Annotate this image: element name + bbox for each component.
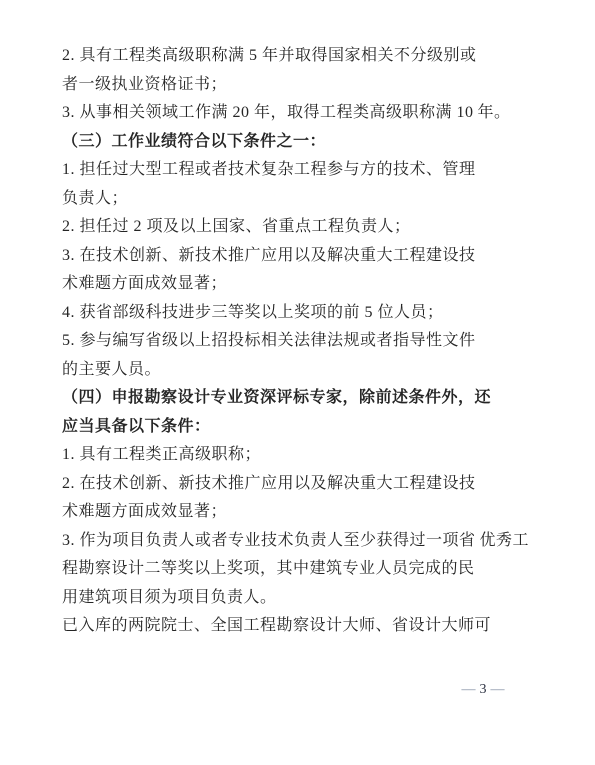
paragraph: 2. 具有工程类高级职称满 5 年并取得国家相关不分级别或 者一级执业资格证书；: [62, 42, 532, 99]
document-line: 2. 具有工程类高级职称满 5 年并取得国家相关不分级别或: [62, 47, 477, 64]
heading-line: 应当具备以下条件：: [62, 418, 211, 435]
paragraph: 3. 作为项目负责人或者专业技术负责人至少获得过一项省 优秀工程勘察设计二等奖以…: [62, 527, 532, 613]
paragraph: 已入库的两院院士、全国工程勘察设计大师、省设计大师可: [62, 612, 532, 641]
paragraph: 3. 在技术创新、新技术推广应用以及解决重大工程建设技 术难题方面成效显著；: [62, 242, 532, 299]
document-line: 术难题方面成效显著；: [62, 275, 227, 292]
document-line: 者一级执业资格证书；: [62, 76, 227, 93]
document-body: 2. 具有工程类高级职称满 5 年并取得国家相关不分级别或 者一级执业资格证书；…: [62, 42, 532, 641]
heading-line: （三）工作业绩符合以下条件之一：: [62, 133, 326, 150]
document-line: 2. 在技术创新、新技术推广应用以及解决重大工程建设技: [62, 475, 476, 492]
document-line: 1. 担任过大型工程或者技术复杂工程参与方的技术、管理: [62, 161, 476, 178]
paragraph: 4. 获省部级科技进步三等奖以上奖项的前 5 位人员；: [62, 299, 532, 328]
section-heading: （四）申报勘察设计专业资深评标专家，除前述条件外，还 应当具备以下条件：: [62, 384, 532, 441]
paragraph: 2. 担任过 2 项及以上国家、省重点工程负责人；: [62, 213, 532, 242]
paragraph: 1. 具有工程类正高级职称；: [62, 441, 532, 470]
document-line: 3. 作为项目负责人或者专业技术负责人至少获得过一项省: [62, 532, 476, 549]
document-line: 用建筑项目须为项目负责人。: [62, 589, 277, 606]
paragraph: 2. 在技术创新、新技术推广应用以及解决重大工程建设技 术难题方面成效显著；: [62, 470, 532, 527]
document-line: 年。: [478, 104, 511, 121]
page-number: —3—: [450, 681, 516, 699]
paragraph: 1. 担任过大型工程或者技术复杂工程参与方的技术、管理 负责人；: [62, 156, 532, 213]
document-line: 的主要人员。: [62, 361, 161, 378]
heading-line: （四）申报勘察设计专业资深评标专家，除前述条件外，还: [62, 389, 491, 406]
document-line: 2. 担任过 2 项及以上国家、省重点工程负责人；: [62, 218, 411, 235]
page-number-right-dash: —: [487, 682, 509, 697]
document-line: 3. 在技术创新、新技术推广应用以及解决重大工程建设技: [62, 247, 476, 264]
document-line: 术难题方面成效显著；: [62, 503, 227, 520]
page-number-value: 3: [480, 682, 487, 697]
document-line: 1. 具有工程类正高级职称；: [62, 446, 261, 463]
document-line: 4. 获省部级科技进步三等奖以上奖项的前 5 位人员；: [62, 304, 444, 321]
document-line: 负责人；: [62, 190, 128, 207]
document-line: 已入库的两院院士、全国工程勘察设计大师、省设计大师可: [62, 617, 491, 634]
paragraph: 3. 从事相关领域工作满 20 年，取得工程类高级职称满 10 年。: [62, 99, 532, 128]
page-number-left-dash: —: [458, 682, 480, 697]
paragraph: 5. 参与编写省级以上招投标相关法律法规或者指导性文件 的主要人员。: [62, 327, 532, 384]
document-line: 5. 参与编写省级以上招投标相关法律法规或者指导性文件: [62, 332, 476, 349]
document-page: 2. 具有工程类高级职称满 5 年并取得国家相关不分级别或 者一级执业资格证书；…: [0, 0, 595, 765]
document-line: 3. 从事相关领域工作满 20 年，取得工程类高级职称满 10: [62, 104, 474, 121]
section-heading: （三）工作业绩符合以下条件之一：: [62, 128, 532, 157]
